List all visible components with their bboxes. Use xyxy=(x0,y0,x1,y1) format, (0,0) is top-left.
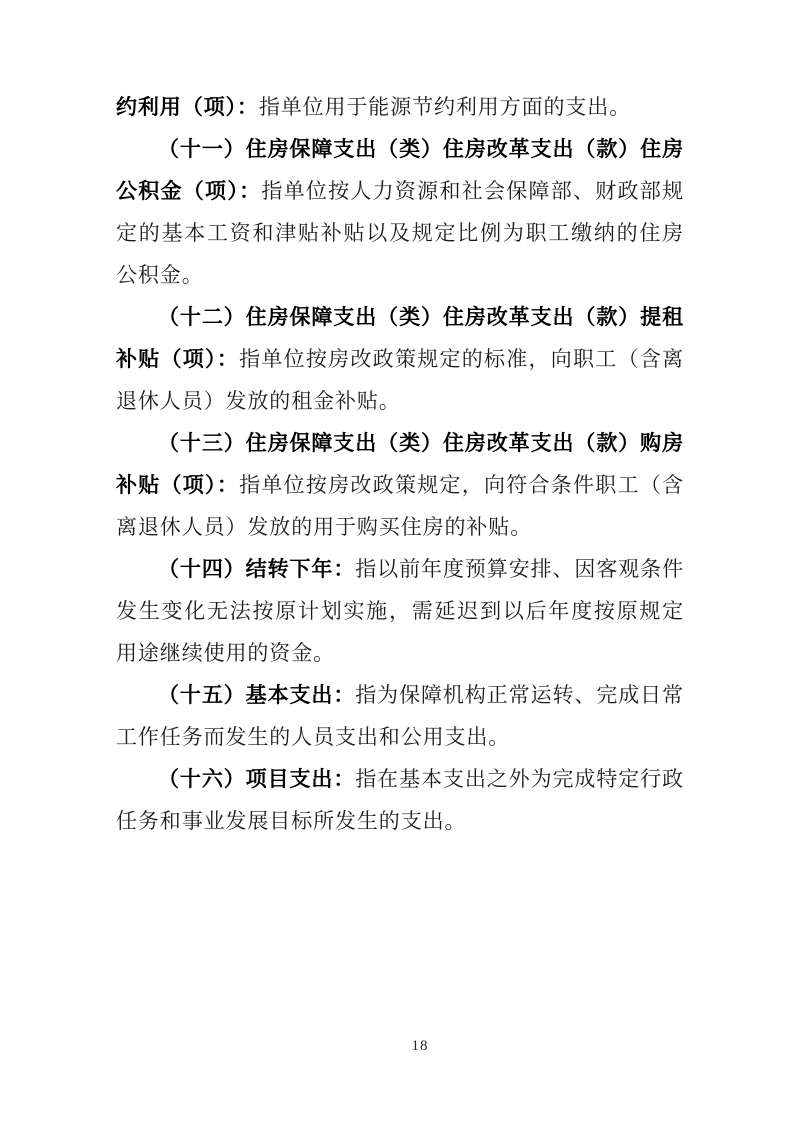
page-number: 18 xyxy=(412,1038,429,1054)
paragraph: （十一）住房保障支出（类）住房改革支出（款）住房公积金（项）：指单位按人力资源和… xyxy=(116,128,684,296)
paragraph: （十六）项目支出：指在基本支出之外为完成特定行政任务和事业发展目标所发生的支出。 xyxy=(116,758,684,842)
definition-text: 指单位用于能源节约利用方面的支出。 xyxy=(259,95,631,119)
document-page: 约利用（项）：指单位用于能源节约利用方面的支出。（十一）住房保障支出（类）住房改… xyxy=(0,0,800,1131)
paragraph: （十三）住房保障支出（类）住房改革支出（款）购房补贴（项）：指单位按房改政策规定… xyxy=(116,422,684,548)
term-label: （十四）结转下年： xyxy=(158,557,355,581)
paragraph: （十五）基本支出：指为保障机构正常运转、完成日常工作任务而发生的人员支出和公用支… xyxy=(116,674,684,758)
term-label: （十六）项目支出： xyxy=(158,767,355,791)
term-label: 约利用（项）： xyxy=(116,95,259,119)
paragraph: （十二）住房保障支出（类）住房改革支出（款）提租补贴（项）：指单位按房改政策规定… xyxy=(116,296,684,422)
paragraph: （十四）结转下年：指以前年度预算安排、因客观条件发生变化无法按原计划实施，需延迟… xyxy=(116,548,684,674)
text-block: 约利用（项）：指单位用于能源节约利用方面的支出。（十一）住房保障支出（类）住房改… xyxy=(116,86,684,842)
term-label: （十五）基本支出： xyxy=(158,683,355,707)
paragraph: 约利用（项）：指单位用于能源节约利用方面的支出。 xyxy=(116,86,684,128)
